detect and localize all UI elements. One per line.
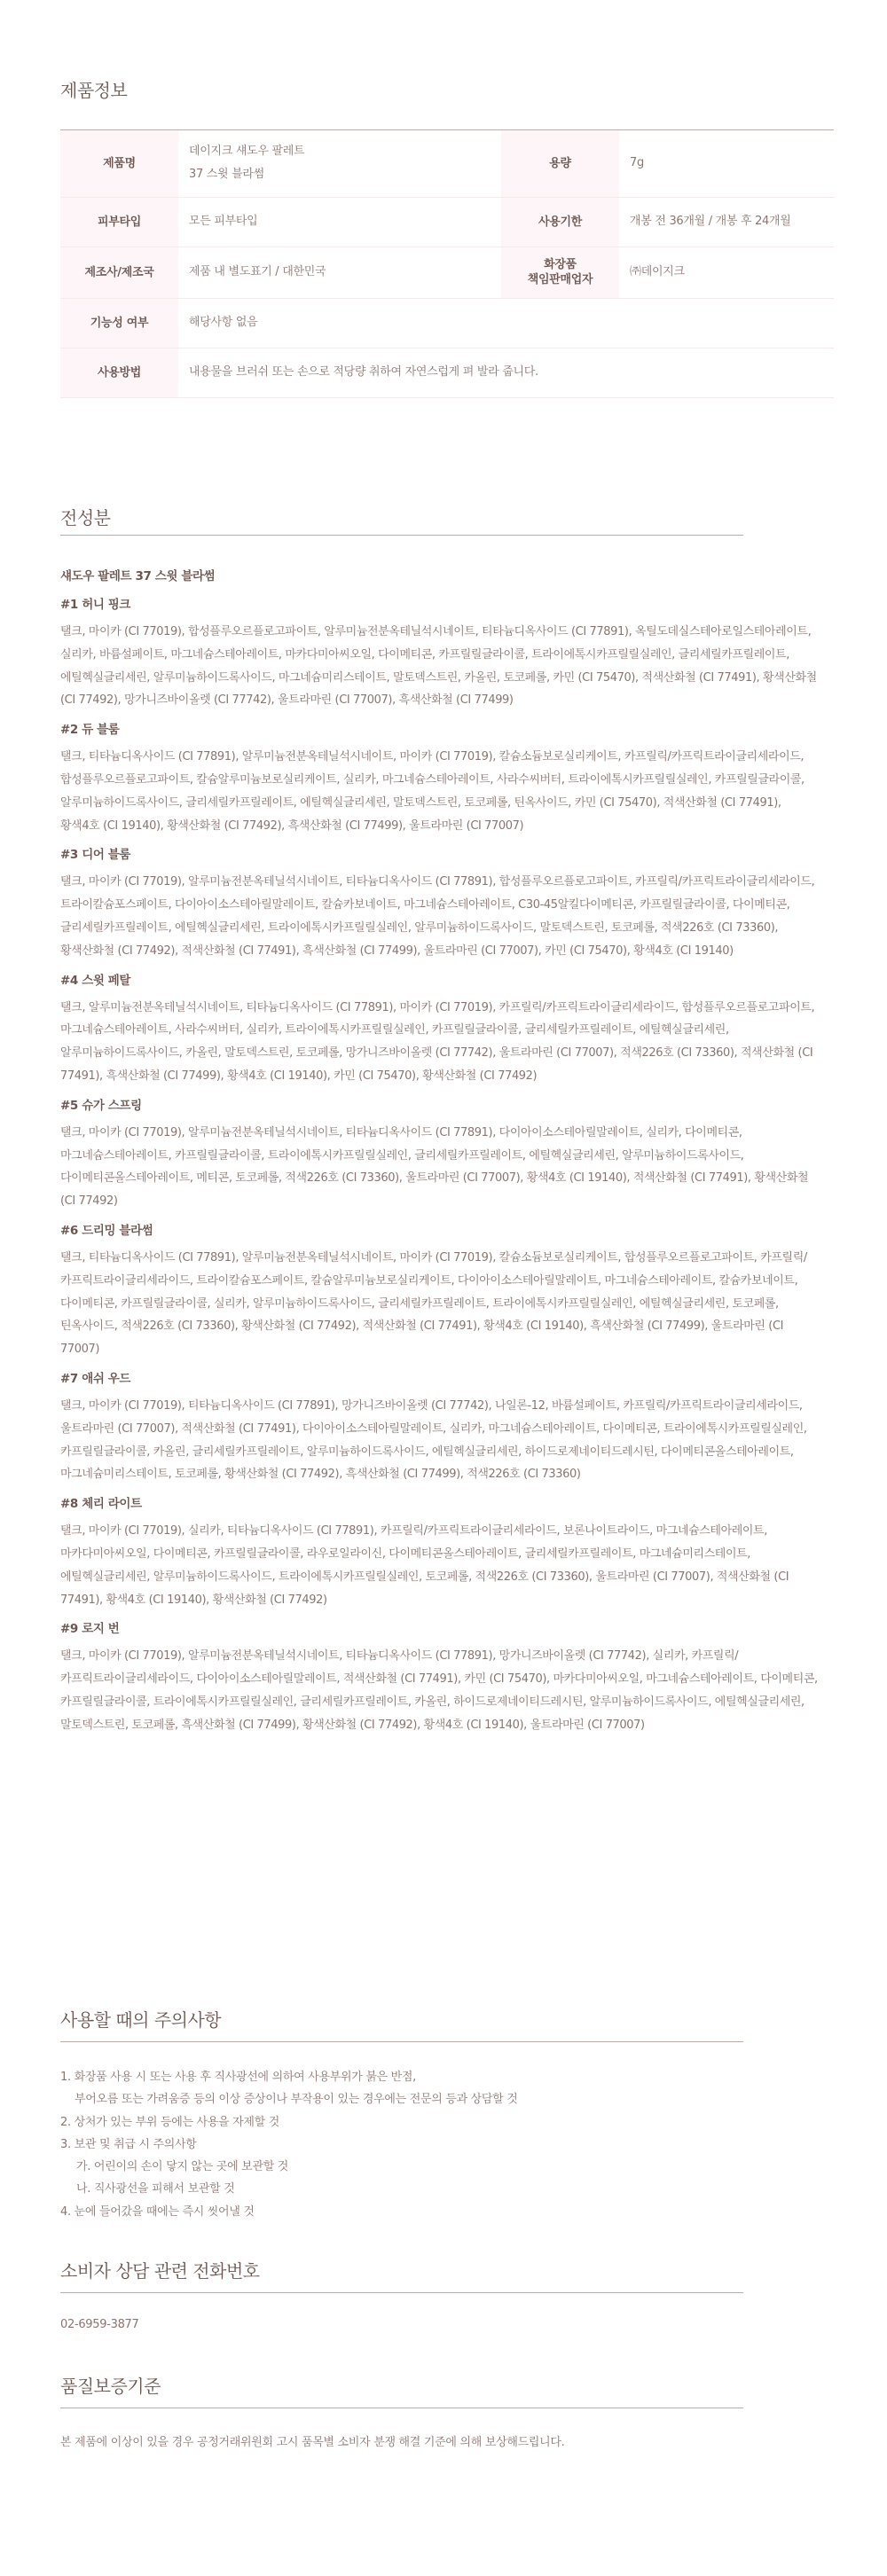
value-responsible-seller: ㈜데이지크 <box>619 247 834 298</box>
cautions-divider <box>60 2041 743 2042</box>
caution-subitem: 가. 어린이의 손이 닿지 않는 곳에 보관할 것 <box>60 2156 518 2178</box>
caution-item: 4. 눈에 들어갔을 때에는 즉시 씻어낼 것 <box>60 2201 518 2223</box>
ingredients-title: 전성분 <box>60 504 110 529</box>
caution-item: 2. 상처가 있는 부위 등에는 사용을 자제할 것 <box>60 2111 518 2134</box>
shade-ingredients: 탤크, 마이카 (CI 77019), 합성플루오르플로고파이트, 알루미늄전분… <box>60 621 823 712</box>
ingredients-product-name: 섀도우 팔레트 37 스윗 블라썸 <box>60 568 823 585</box>
caution-item-continued: 부어오름 또는 가려움증 등의 이상 증상이나 부작용이 있는 경우에는 전문의… <box>60 2088 518 2110</box>
shade-name: #6 드리밍 블라썸 <box>60 1222 823 1240</box>
label-capacity: 용량 <box>501 130 619 197</box>
value-skin-type: 모든 피부타입 <box>178 197 501 247</box>
table-row: 제품명 데이지크 섀도우 팔레트 37 스윗 블라썸 용량 7g <box>60 130 834 197</box>
product-name-line1: 데이지크 섀도우 팔레트 <box>189 140 501 163</box>
quality-standard-divider <box>60 2408 743 2408</box>
value-capacity: 7g <box>619 130 834 197</box>
shade-name: #5 슈가 스프링 <box>60 1097 823 1115</box>
shade-name: #9 로지 번 <box>60 1620 823 1638</box>
shade-ingredients: 탤크, 마이카 (CI 77019), 알루미늄전분옥테닐석시네이트, 티타늄디… <box>60 1645 823 1736</box>
quality-standard-title: 품질보증기준 <box>60 2372 161 2398</box>
value-manufacturer: 제품 내 별도표기 / 대한민국 <box>178 247 501 298</box>
caution-item: 1. 화장품 사용 시 또는 사용 후 직사광선에 의하여 사용부위가 붉은 반… <box>60 2066 518 2088</box>
ingredients-list: 섀도우 팔레트 37 스윗 블라썸 #1 허니 핑크 탤크, 마이카 (CI 7… <box>60 568 823 1745</box>
value-expiry: 개봉 전 36개월 / 개봉 후 24개월 <box>619 197 834 247</box>
responsible-seller-line2: 책임판매업자 <box>501 272 619 287</box>
shade-name: #4 스윗 페탈 <box>60 972 823 990</box>
cautions-title: 사용할 때의 주의사항 <box>60 2006 221 2032</box>
shade-name: #7 애쉬 우드 <box>60 1370 823 1388</box>
label-expiry: 사용기한 <box>501 197 619 247</box>
product-info-title: 제품정보 <box>60 76 127 102</box>
shade-ingredients: 탤크, 알루미늄전분옥테닐석시네이트, 티타늄디옥사이드 (CI 77891),… <box>60 997 823 1088</box>
responsible-seller-line1: 화장품 <box>501 257 619 272</box>
shade-ingredients: 탤크, 마이카 (CI 77019), 알루미늄전분옥테닐석시네이트, 티타늄디… <box>60 1122 823 1213</box>
label-responsible-seller: 화장품 책임판매업자 <box>501 247 619 298</box>
shade-ingredients: 탤크, 티타늄디옥사이드 (CI 77891), 알루미늄전분옥테닐석시네이트,… <box>60 1247 823 1361</box>
shade-ingredients: 탤크, 마이카 (CI 77019), 실리카, 티타늄디옥사이드 (CI 77… <box>60 1520 823 1611</box>
shade-ingredients: 탤크, 티타늄디옥사이드 (CI 77891), 알루미늄전분옥테닐석시네이트,… <box>60 746 823 837</box>
label-functional: 기능성 여부 <box>60 298 178 348</box>
shade-name: #8 체리 라이트 <box>60 1495 823 1513</box>
shade-name: #2 듀 블룸 <box>60 721 823 739</box>
value-functional: 해당사항 없음 <box>178 298 834 348</box>
shade-ingredients: 탤크, 마이카 (CI 77019), 알루미늄전분옥테닐석시네이트, 티타늄디… <box>60 871 823 962</box>
shade-name: #3 디어 블룸 <box>60 846 823 864</box>
product-name-line2: 37 스윗 블라썸 <box>189 163 501 186</box>
label-manufacturer: 제조사/제조국 <box>60 247 178 298</box>
value-product-name: 데이지크 섀도우 팔레트 37 스윗 블라썸 <box>178 130 501 197</box>
consumer-contact-title: 소비자 상담 관련 전화번호 <box>60 2257 260 2282</box>
cautions-list: 1. 화장품 사용 시 또는 사용 후 직사광선에 의하여 사용부위가 붉은 반… <box>60 2066 518 2223</box>
table-row: 기능성 여부 해당사항 없음 <box>60 298 834 348</box>
table-row: 피부타입 모든 피부타입 사용기한 개봉 전 36개월 / 개봉 후 24개월 <box>60 197 834 247</box>
consumer-phone: 02-6959-3877 <box>60 2318 139 2331</box>
label-skin-type: 피부타입 <box>60 197 178 247</box>
shade-ingredients: 탤크, 마이카 (CI 77019), 티타늄디옥사이드 (CI 77891),… <box>60 1395 823 1486</box>
shade-name: #1 허니 핑크 <box>60 596 823 614</box>
consumer-contact-divider <box>60 2292 743 2293</box>
table-row: 사용방법 내용물을 브러쉬 또는 손으로 적당량 취하여 자연스럽게 펴 발라 … <box>60 348 834 397</box>
product-info-table: 제품명 데이지크 섀도우 팔레트 37 스윗 블라썸 용량 7g 피부타입 모든… <box>60 130 834 398</box>
label-product-name: 제품명 <box>60 130 178 197</box>
ingredients-divider <box>60 535 743 536</box>
caution-item: 3. 보관 및 취급 시 주의사항 <box>60 2134 518 2156</box>
table-row: 제조사/제조국 제품 내 별도표기 / 대한민국 화장품 책임판매업자 ㈜데이지… <box>60 247 834 298</box>
label-usage: 사용방법 <box>60 348 178 397</box>
value-usage: 내용물을 브러쉬 또는 손으로 적당량 취하여 자연스럽게 펴 발라 줍니다. <box>178 348 834 397</box>
caution-subitem: 나. 직사광선을 피해서 보관할 것 <box>60 2178 518 2200</box>
quality-standard-text: 본 제품에 이상이 있을 경우 공정거래위원회 고시 품목별 소비자 분쟁 해결… <box>60 2432 565 2449</box>
